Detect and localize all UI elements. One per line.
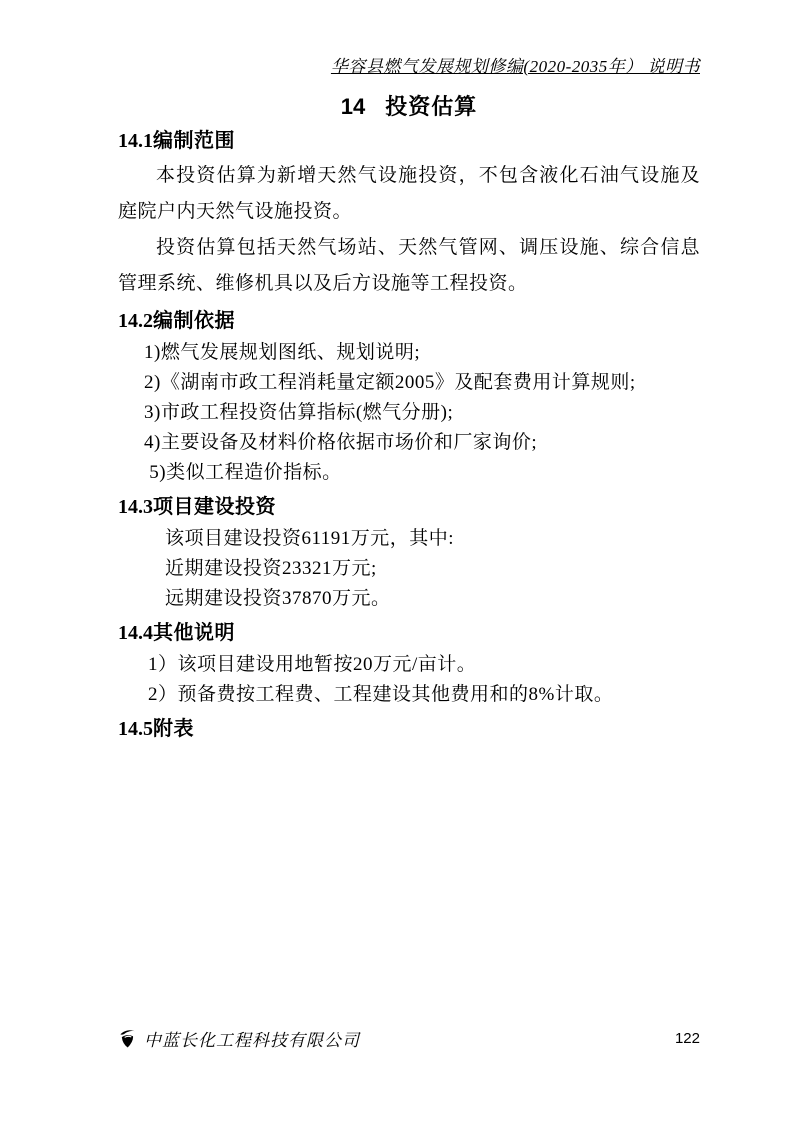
list-item: 2)《湖南市政工程消耗量定额2005》及配套费用计算规则;: [118, 368, 700, 398]
section-investment: 14.3项目建设投资 该项目建设投资61191万元，其中: 近期建设投资2332…: [118, 494, 700, 614]
chapter-name: 投资估算: [385, 94, 477, 119]
page-number: 122: [675, 1030, 700, 1047]
section-basis: 14.2编制依据 1)燃气发展规划图纸、规划说明; 2)《湖南市政工程消耗量定额…: [118, 308, 700, 488]
section-heading-basis: 14.2编制依据: [118, 308, 700, 334]
section-title-text: 编制依据: [153, 310, 235, 332]
list-item: 1)燃气发展规划图纸、规划说明;: [118, 338, 700, 368]
chapter-title: 14投资估算: [118, 92, 700, 122]
chapter-number: 14: [341, 92, 365, 122]
list-item: 3)市政工程投资估算指标(燃气分册);: [118, 398, 700, 428]
company-name: 中蓝长化工程科技有限公司: [144, 1026, 360, 1051]
paragraph: 投资估算包括天然气场站、天然气管网、调压设施、综合信息管理系统、维修机具以及后方…: [118, 230, 700, 302]
section-title-text: 编制范围: [153, 130, 235, 152]
section-number: 14.4: [118, 622, 153, 644]
section-heading-other-notes: 14.4其他说明: [118, 620, 700, 646]
section-number: 14.1: [118, 130, 153, 152]
investment-total-line: 该项目建设投资61191万元，其中:: [118, 524, 700, 554]
section-heading-appendix: 14.5附表: [118, 716, 700, 742]
company-logo-icon: [118, 1028, 137, 1049]
page-content: 华容县燃气发展规划修编(2020-2035年） 说明书 14投资估算 14.1编…: [118, 56, 700, 746]
list-item: 2）预备费按工程费、工程建设其他费用和的8%计取。: [118, 680, 700, 710]
paragraph: 本投资估算为新增天然气设施投资，不包含液化石油气设施及庭院户内天然气设施投资。: [118, 158, 700, 230]
section-title-text: 其他说明: [153, 622, 235, 644]
section-heading-scope: 14.1编制范围: [118, 128, 700, 154]
section-number: 14.5: [118, 718, 153, 740]
section-number: 14.2: [118, 310, 153, 332]
list-item: 1）该项目建设用地暂按20万元/亩计。: [118, 650, 700, 680]
section-title-text: 附表: [153, 718, 194, 740]
section-heading-investment: 14.3项目建设投资: [118, 494, 700, 520]
list-item: 5)类似工程造价指标。: [118, 458, 700, 488]
section-scope: 14.1编制范围 本投资估算为新增天然气设施投资，不包含液化石油气设施及庭院户内…: [118, 128, 700, 302]
section-other-notes: 14.4其他说明 1）该项目建设用地暂按20万元/亩计。 2）预备费按工程费、工…: [118, 620, 700, 710]
investment-near-term-line: 近期建设投资23321万元;: [118, 554, 700, 584]
list-item: 4)主要设备及材料价格依据市场价和厂家询价;: [118, 428, 700, 458]
document-page: 华容县燃气发展规划修编(2020-2035年） 说明书 14投资估算 14.1编…: [0, 0, 794, 1122]
page-footer: 中蓝长化工程科技有限公司 122: [118, 1026, 700, 1051]
section-appendix-tables: 14.5附表: [118, 716, 700, 742]
header-title: 华容县燃气发展规划修编(2020-2035年） 说明书: [331, 57, 700, 76]
investment-long-term-line: 远期建设投资37870万元。: [118, 584, 700, 614]
section-title-text: 项目建设投资: [153, 496, 276, 518]
footer-company: 中蓝长化工程科技有限公司: [118, 1026, 360, 1051]
section-number: 14.3: [118, 496, 153, 518]
page-header: 华容县燃气发展规划修编(2020-2035年） 说明书: [118, 56, 700, 80]
